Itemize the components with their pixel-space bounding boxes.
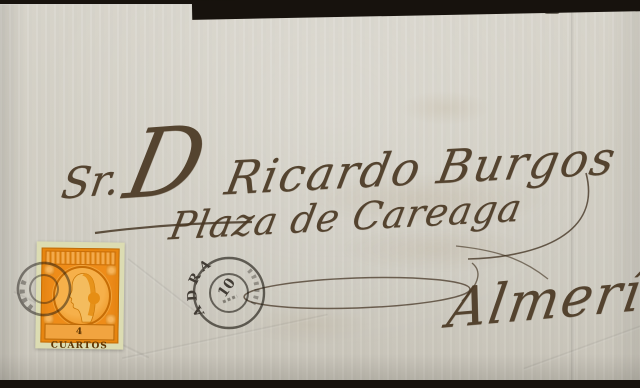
postmark-day: 10 bbox=[215, 275, 239, 300]
cover-photo: Sr. D Ricardo Burgos Plaza de Careaga Al… bbox=[0, 0, 640, 388]
envelope-paper: Sr. D Ricardo Burgos Plaza de Careaga Al… bbox=[0, 4, 640, 380]
stamp-denomination: 4 CUARTOS bbox=[44, 324, 114, 341]
postmark-ring bbox=[11, 256, 78, 323]
address-honorific: Sr. bbox=[58, 154, 123, 209]
pen-flourish bbox=[244, 274, 471, 312]
postmark-town: ADRA bbox=[185, 255, 217, 320]
postmark-ring bbox=[26, 271, 62, 307]
stain-mark bbox=[400, 91, 490, 125]
postmark-cds: ADRA 10 bbox=[183, 248, 275, 340]
postmark-smudge bbox=[18, 279, 36, 310]
postmark-smudge bbox=[249, 270, 257, 304]
